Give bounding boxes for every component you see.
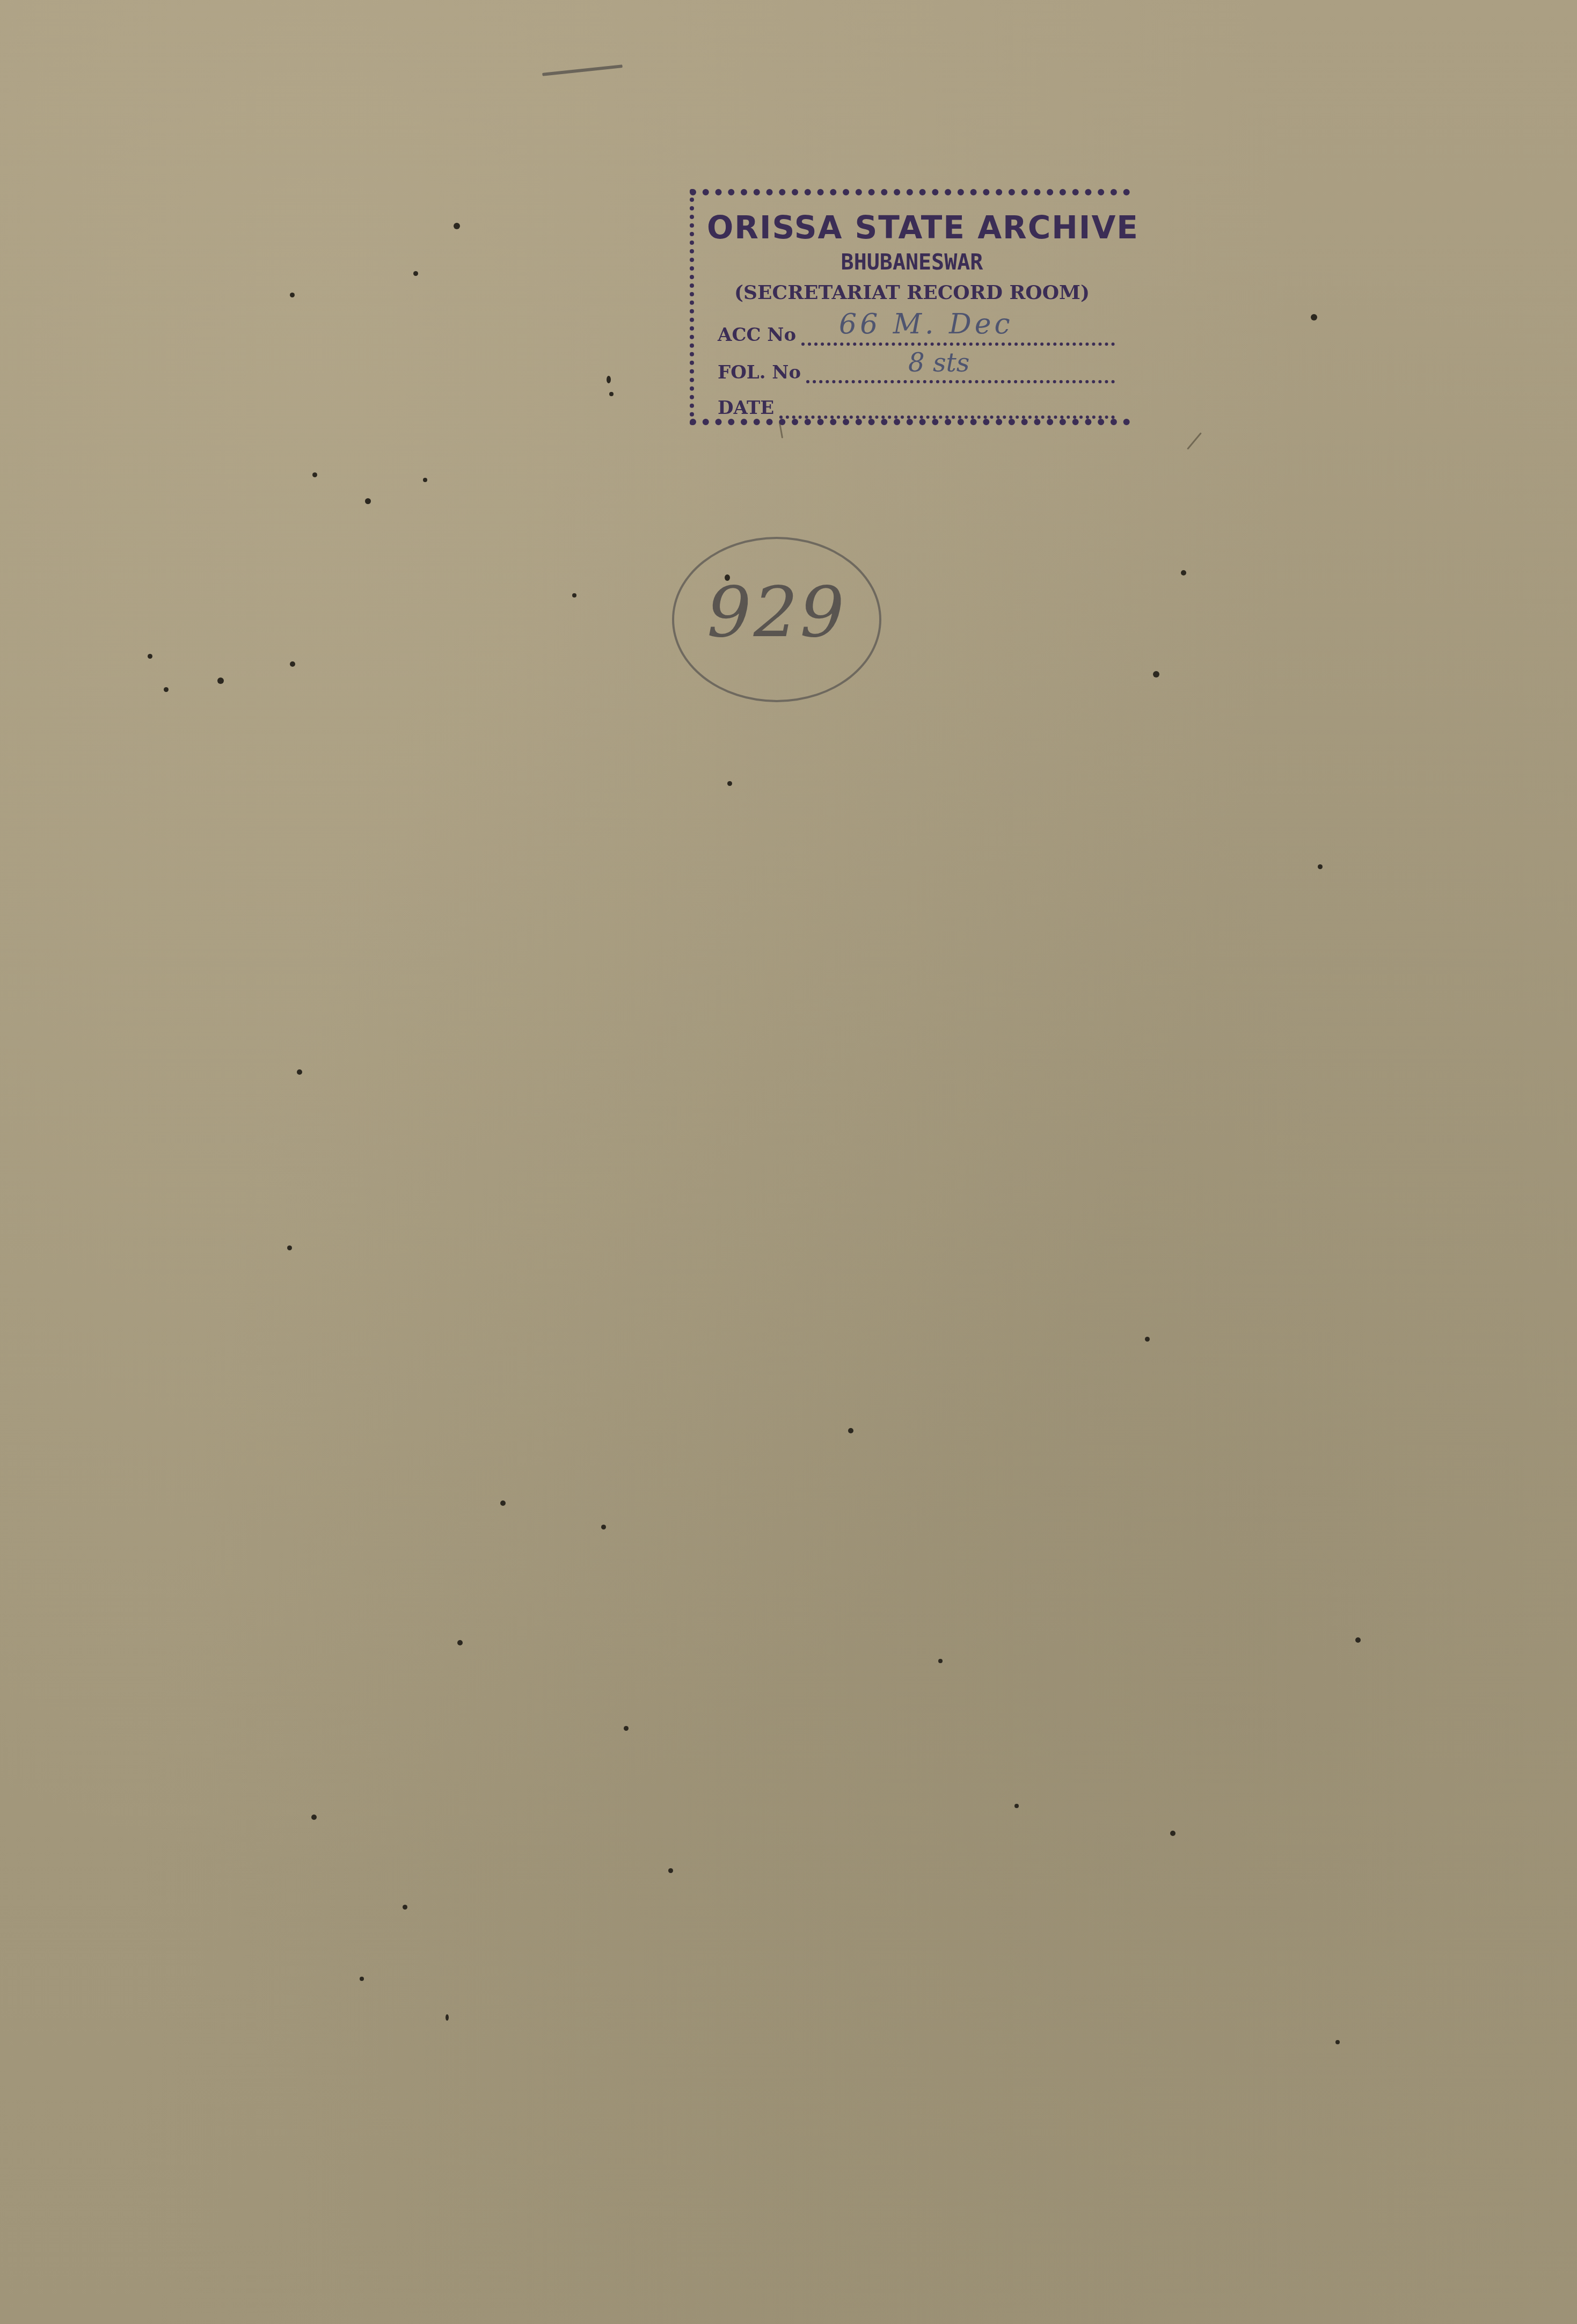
fol-no-value: 8 sts <box>806 348 1217 378</box>
paper-speck <box>454 223 460 229</box>
paper-speck <box>1318 864 1323 869</box>
stamp-city: BHUBANESWAR <box>694 250 1130 275</box>
acc-no-line: 66 M. Dec <box>801 323 1115 346</box>
stamp-title: ORISSA STATE ARCHIVE <box>707 209 1126 246</box>
date-field: DATE <box>718 387 1115 419</box>
paper-speck <box>365 498 371 504</box>
paper-speck <box>500 1500 506 1506</box>
acc-no-label: ACC No <box>718 324 796 346</box>
paper-speck <box>609 392 614 396</box>
paper-speck <box>848 1428 853 1433</box>
paper-fiber <box>542 64 623 76</box>
paper-speck <box>290 661 295 667</box>
paper-speck <box>725 574 730 581</box>
paper-speck <box>217 677 224 684</box>
paper-speck <box>312 472 317 477</box>
paper-speck <box>1170 1831 1176 1836</box>
paper-speck <box>413 271 418 276</box>
stamp-subtitle: (SECRETARIAT RECORD ROOM) <box>694 281 1130 304</box>
pencil-number: 929 <box>674 571 879 653</box>
paper-speck <box>290 293 295 297</box>
paper-speck <box>1145 1337 1150 1342</box>
fol-no-line: 8 sts <box>806 361 1115 383</box>
acc-no-field: ACC No 66 M. Dec <box>718 314 1115 346</box>
archive-stamp: ORISSA STATE ARCHIVE BHUBANESWAR (SECRET… <box>690 189 1130 425</box>
paper-speck <box>938 1659 943 1663</box>
paper-speck <box>287 1245 292 1250</box>
paper-speck <box>727 781 732 786</box>
acc-no-value: 66 M. Dec <box>801 308 1152 340</box>
date-label: DATE <box>718 397 774 419</box>
paper-speck <box>668 1868 673 1873</box>
paper-speck <box>607 376 611 383</box>
fol-no-label: FOL. No <box>718 362 801 383</box>
paper-speck <box>311 1815 317 1820</box>
paper-speck <box>624 1726 629 1731</box>
paper-speck <box>1335 2040 1340 2044</box>
paper-speck <box>164 687 169 692</box>
paper-speck <box>572 593 576 598</box>
paper-speck <box>148 654 152 659</box>
fol-no-field: FOL. No 8 sts <box>718 351 1115 383</box>
paper-speck <box>1355 1637 1361 1643</box>
paper-fiber <box>1187 432 1202 450</box>
circled-pencil-number: 929 <box>672 537 881 702</box>
paper-speck <box>457 1640 463 1645</box>
date-line <box>779 396 1115 419</box>
document-page: ORISSA STATE ARCHIVE BHUBANESWAR (SECRET… <box>0 0 1577 2324</box>
paper-speck <box>423 478 427 482</box>
paper-speck <box>1181 570 1186 575</box>
paper-speck <box>360 1977 364 1981</box>
paper-speck <box>1311 314 1317 320</box>
paper-speck <box>1153 671 1159 677</box>
paper-speck <box>297 1069 302 1075</box>
paper-speck <box>446 2014 449 2021</box>
paper-speck <box>403 1905 407 1910</box>
paper-speck <box>601 1525 606 1529</box>
paper-speck <box>1014 1804 1019 1808</box>
